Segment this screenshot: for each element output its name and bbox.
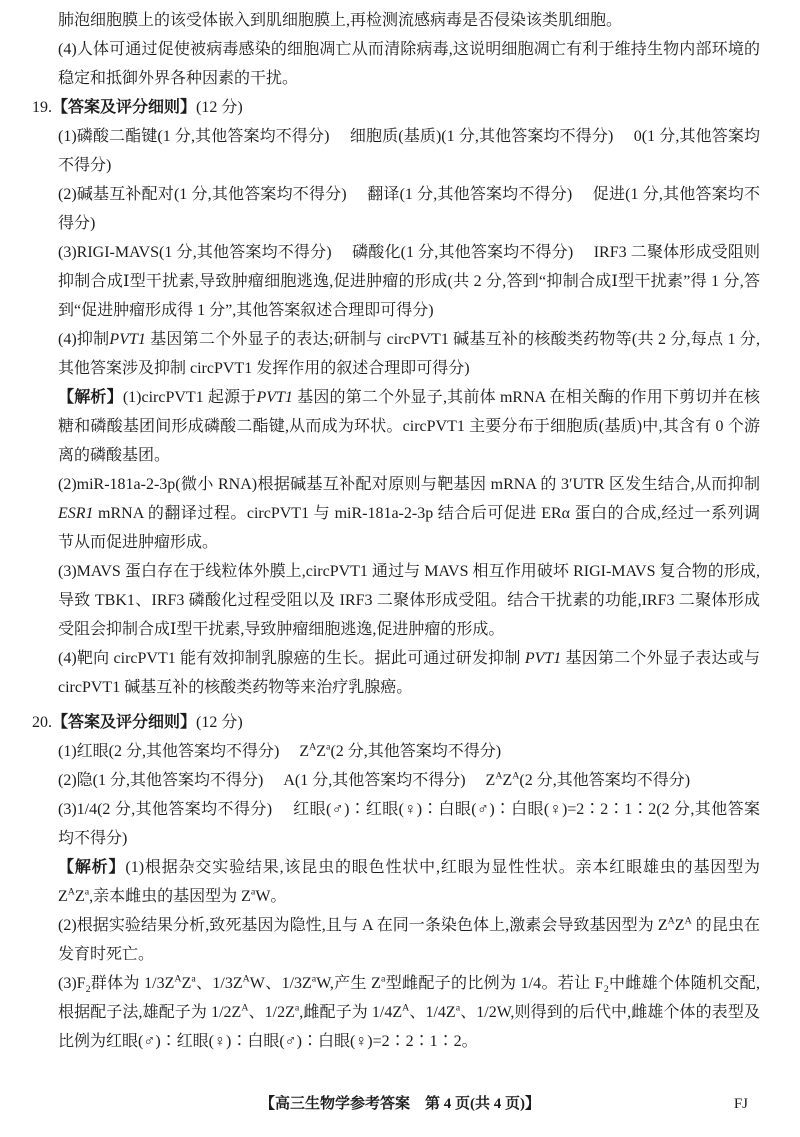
document-body: 肺泡细胞膜上的该受体嵌入到肌细胞膜上,再检测流感病毒是否侵染该类肌细胞。 (4)… — [58, 6, 760, 1056]
question-19-number: 19. — [32, 99, 52, 116]
intro-continuation-line: 肺泡细胞膜上的该受体嵌入到肌细胞膜上,再检测流感病毒是否侵染该类肌细胞。 — [58, 6, 760, 35]
answer-key-page: 肺泡细胞膜上的该受体嵌入到肌细胞膜上,再检测流感病毒是否侵染该类肌细胞。 (4)… — [0, 0, 800, 1137]
question-19-points: (12 分) — [196, 99, 243, 116]
analysis-label: 【解析】 — [58, 859, 125, 876]
q20-analysis-text-1: (1)根据杂交实验结果,该昆虫的眼色性状中,红眼为显性性状。亲本红眼雄虫的基因型… — [58, 859, 760, 905]
q19-analysis-item-2: (2)miR-181a-2-3p(微小 RNA)根据碱基互补配对原则与靶基因 m… — [58, 470, 760, 557]
question-20-heading: 20.【答案及评分细则】(12 分) — [58, 708, 760, 737]
question-19-heading: 19.【答案及评分细则】(12 分) — [58, 93, 760, 122]
q19-analysis-item-4: (4)靶向 circPVT1 能有效抑制乳腺癌的生长。据此可通过研发抑制 PVT… — [58, 644, 760, 702]
q19-answer-item-4: (4)抑制PVT1 基因第二个外显子的表达;研制与 circPVT1 碱基互补的… — [58, 325, 760, 383]
q20-answer-item-2: (2)隐(1 分,其他答案均不得分) A(1 分,其他答案均不得分) ZAZA(… — [58, 766, 760, 795]
q20-answer-item-1: (1)红眼(2 分,其他答案均不得分) ZAZa(2 分,其他答案均不得分) — [58, 737, 760, 766]
q20-answer-item-3: (3)1/4(2 分,其他答案均不得分) 红眼(♂)∶红眼(♀)∶白眼(♂)∶白… — [58, 795, 760, 853]
footer-page-info: 【高三生物学参考答案 第 4 页(共 4 页)】 — [260, 1096, 540, 1112]
q19-analysis-item-1: 【解析】(1)circPVT1 起源于PVT1 基因的第二个外显子,其前体 mR… — [58, 383, 760, 470]
question-20-points: (12 分) — [196, 714, 243, 731]
q19-answer-item-3: (3)RIGI-MAVS(1 分,其他答案均不得分) 磷酸化(1 分,其他答案均… — [58, 238, 760, 325]
intro-item-4: (4)人体可通过促使被病毒感染的细胞凋亡从而清除病毒,这说明细胞凋亡有利于维持生… — [58, 35, 760, 93]
q19-answer-item-1: (1)磷酸二酯键(1 分,其他答案均不得分) 细胞质(基质)(1 分,其他答案均… — [58, 122, 760, 180]
page-footer: 【高三生物学参考答案 第 4 页(共 4 页)】 FJ — [0, 1093, 800, 1115]
answer-rubric-label: 【答案及评分细则】 — [52, 714, 196, 731]
analysis-label: 【解析】 — [58, 389, 123, 406]
question-19-section: 19.【答案及评分细则】(12 分) (1)磷酸二酯键(1 分,其他答案均不得分… — [58, 93, 760, 702]
q19-analysis-item-3: (3)MAVS 蛋白存在于线粒体外膜上,circPVT1 通过与 MAVS 相互… — [58, 557, 760, 644]
question-20-number: 20. — [32, 714, 52, 731]
footer-paper-code: FJ — [734, 1093, 748, 1115]
q19-analysis-text-1: (1)circPVT1 起源于PVT1 基因的第二个外显子,其前体 mRNA 在… — [58, 389, 760, 464]
q20-analysis-item-1: 【解析】(1)根据杂交实验结果,该昆虫的眼色性状中,红眼为显性性状。亲本红眼雄虫… — [58, 853, 760, 911]
q20-analysis-item-2: (2)根据实验结果分析,致死基因为隐性,且与 A 在同一条染色体上,激素会导致基… — [58, 911, 760, 969]
answer-rubric-label: 【答案及评分细则】 — [52, 99, 196, 116]
question-20-section: 20.【答案及评分细则】(12 分) (1)红眼(2 分,其他答案均不得分) Z… — [58, 708, 760, 1056]
q19-answer-item-2: (2)碱基互补配对(1 分,其他答案均不得分) 翻译(1 分,其他答案均不得分)… — [58, 180, 760, 238]
q20-analysis-item-3: (3)F2群体为 1/3ZAZa、1/3ZAW、1/3ZaW,产生 Za型雌配子… — [58, 969, 760, 1056]
